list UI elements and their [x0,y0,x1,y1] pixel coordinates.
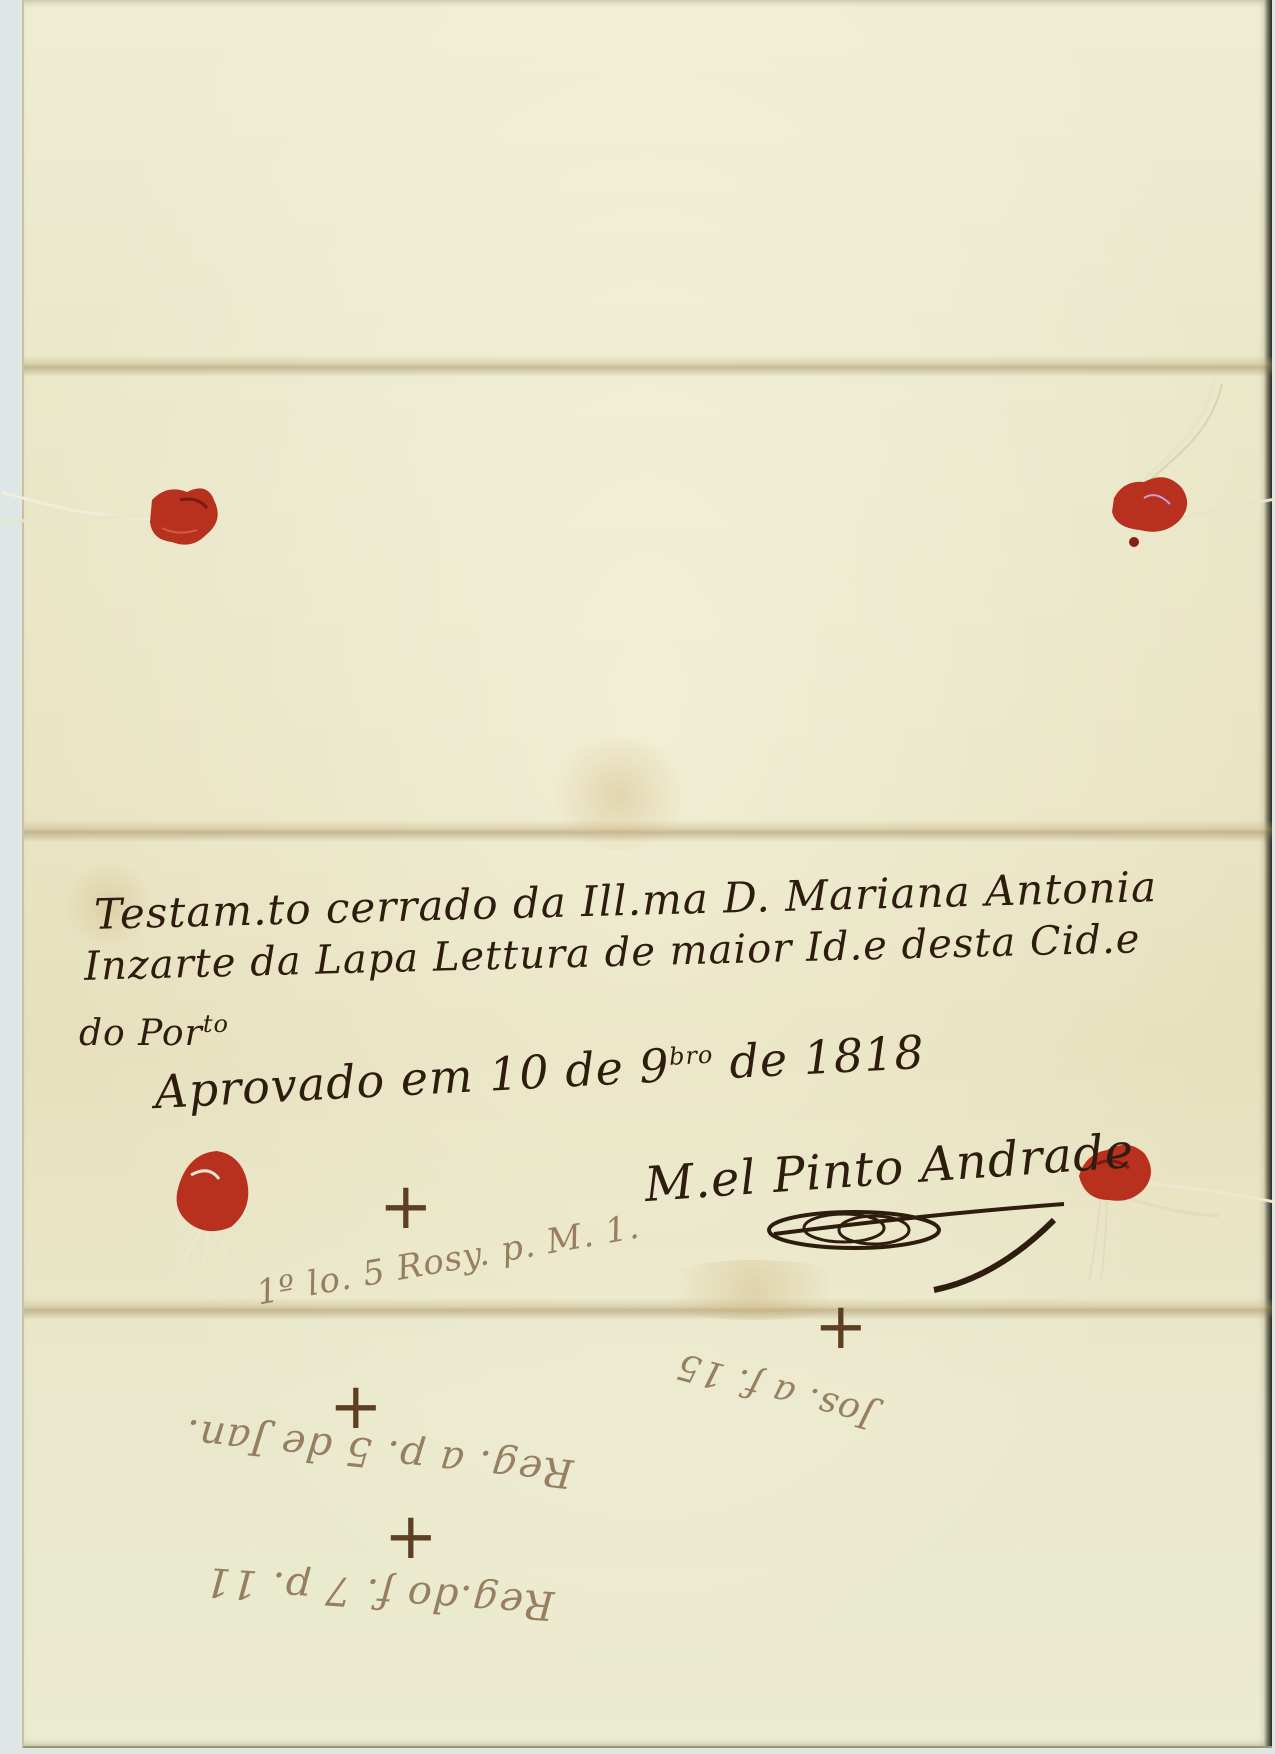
wax-seal-bottom-left [149,1135,269,1275]
approval-date-line: Aprovado em 10 de 9bro de 1818 [153,1025,926,1119]
approval-text: Aprovado em 10 de 9 [153,1038,671,1119]
wax-seal-top-right [1074,370,1275,550]
cross-mark-icon: + [384,1500,438,1574]
water-stain [544,740,694,850]
cross-mark-icon: + [814,1290,868,1364]
wax-seal-icon [1074,370,1275,550]
manuscript-page: Testam.to cerrado da Ill.ma D. Mariana A… [22,0,1272,1748]
wax-seal-top-left [2,470,232,560]
page-edge-shadow [1264,0,1272,1746]
handwritten-line-3: do Porto [79,1010,229,1054]
approval-year: de 1818 [728,1025,926,1089]
wax-seal-icon [149,1135,269,1275]
line3-text: do Por [79,1013,203,1054]
wax-seal-icon [2,470,232,560]
reversed-note-2: Reg.do f. 7 p. 11 [203,1558,556,1628]
month-superscript: bro [668,1041,714,1071]
cross-mark-icon: + [379,1170,433,1244]
signature-flourish-icon [764,1190,1104,1300]
fold-line-lower [24,1298,1272,1320]
line3-superscript: to [203,1010,229,1038]
